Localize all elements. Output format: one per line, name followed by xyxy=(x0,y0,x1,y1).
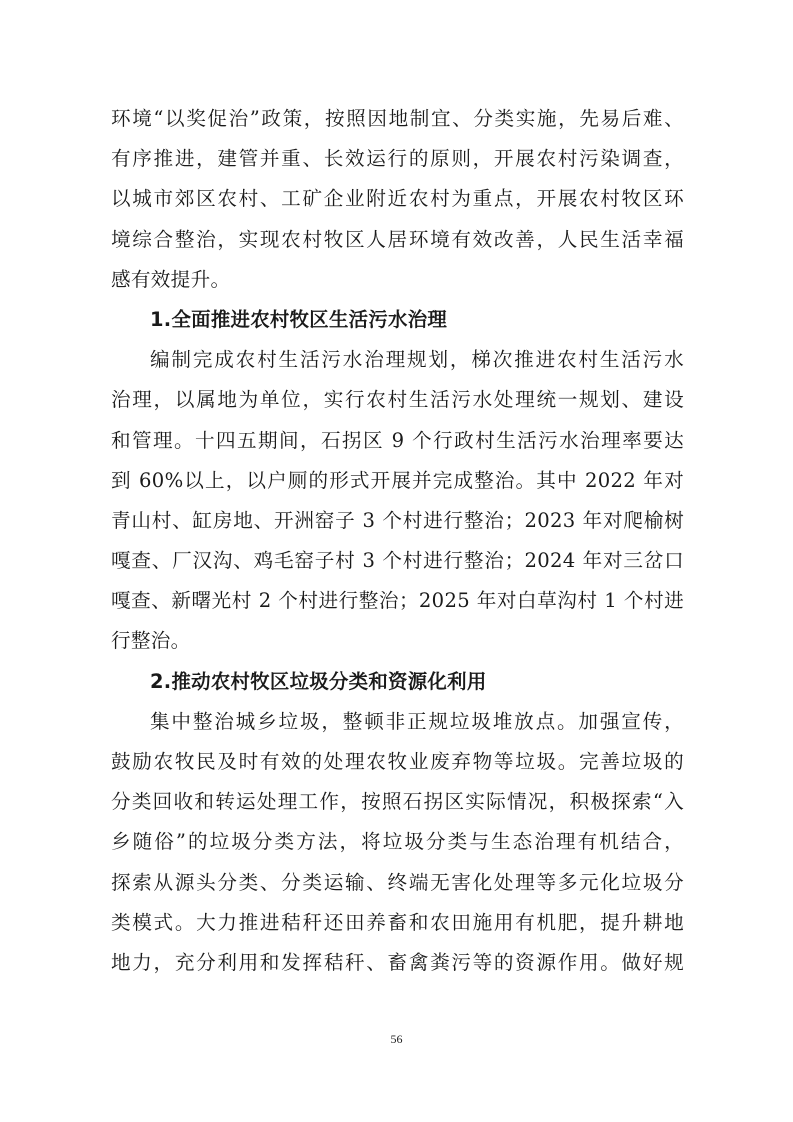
section-heading-waste: 2.推动农村牧区垃圾分类和资源化利用 xyxy=(111,662,684,702)
text-line: 集中整治城乡垃圾，整顿非正规垃圾堆放点。加强宣传， xyxy=(111,702,684,742)
text-line: 和管理。十四五期间，石拐区 9 个行政村生活污水治理率要达 xyxy=(111,421,684,461)
paragraph-intro: 环境“以奖促治”政策，按照因地制宜、分类实施，先易后难、 有序推进，建管并重、长… xyxy=(111,99,684,300)
paragraph-waste: 集中整治城乡垃圾，整顿非正规垃圾堆放点。加强宣传， 鼓励农牧民及时有效的处理农牧… xyxy=(111,702,684,983)
page-number: 56 xyxy=(0,1032,793,1047)
document-page: 环境“以奖促治”政策，按照因地制宜、分类实施，先易后难、 有序推进，建管并重、长… xyxy=(111,99,684,983)
section-heading-sewage: 1.全面推进农村牧区生活污水治理 xyxy=(111,300,684,340)
text-line: 嘎查、厂汉沟、鸡毛窑子村 3 个村进行整治；2024 年对三岔口 xyxy=(111,541,684,581)
text-line: 以城市郊区农村、工矿企业附近农村为重点，开展农村牧区环 xyxy=(111,179,684,219)
text-line: 类模式。大力推进秸秆还田养畜和农田施用有机肥，提升耕地 xyxy=(111,903,684,943)
text-line: 嘎查、新曙光村 2 个村进行整治；2025 年对白草沟村 1 个村进 xyxy=(111,581,684,621)
text-line: 到 60%以上，以户厕的形式开展并完成整治。其中 2022 年对 xyxy=(111,461,684,501)
text-line: 行整治。 xyxy=(111,621,684,661)
text-line: 鼓励农牧民及时有效的处理农牧业废弃物等垃圾。完善垃圾的 xyxy=(111,742,684,782)
text-line: 乡随俗”的垃圾分类方法，将垃圾分类与生态治理有机结合， xyxy=(111,822,684,862)
text-line: 青山村、缸房地、开洲窑子 3 个村进行整治；2023 年对爬榆树 xyxy=(111,501,684,541)
text-line: 有序推进，建管并重、长效运行的原则，开展农村污染调查， xyxy=(111,139,684,179)
text-line: 编制完成农村生活污水治理规划，梯次推进农村生活污水 xyxy=(111,340,684,380)
text-line: 境综合整治，实现农村牧区人居环境有效改善，人民生活幸福 xyxy=(111,220,684,260)
paragraph-sewage: 编制完成农村生活污水治理规划，梯次推进农村生活污水 治理，以属地为单位，实行农村… xyxy=(111,340,684,662)
text-line: 地力，充分利用和发挥秸秆、畜禽粪污等的资源作用。做好规 xyxy=(111,943,684,983)
text-line: 治理，以属地为单位，实行农村生活污水处理统一规划、建设 xyxy=(111,380,684,420)
text-line: 探索从源头分类、分类运输、终端无害化处理等多元化垃圾分 xyxy=(111,863,684,903)
text-line: 感有效提升。 xyxy=(111,260,684,300)
text-line: 环境“以奖促治”政策，按照因地制宜、分类实施，先易后难、 xyxy=(111,99,684,139)
text-line: 分类回收和转运处理工作，按照石拐区实际情况，积极探索“入 xyxy=(111,782,684,822)
